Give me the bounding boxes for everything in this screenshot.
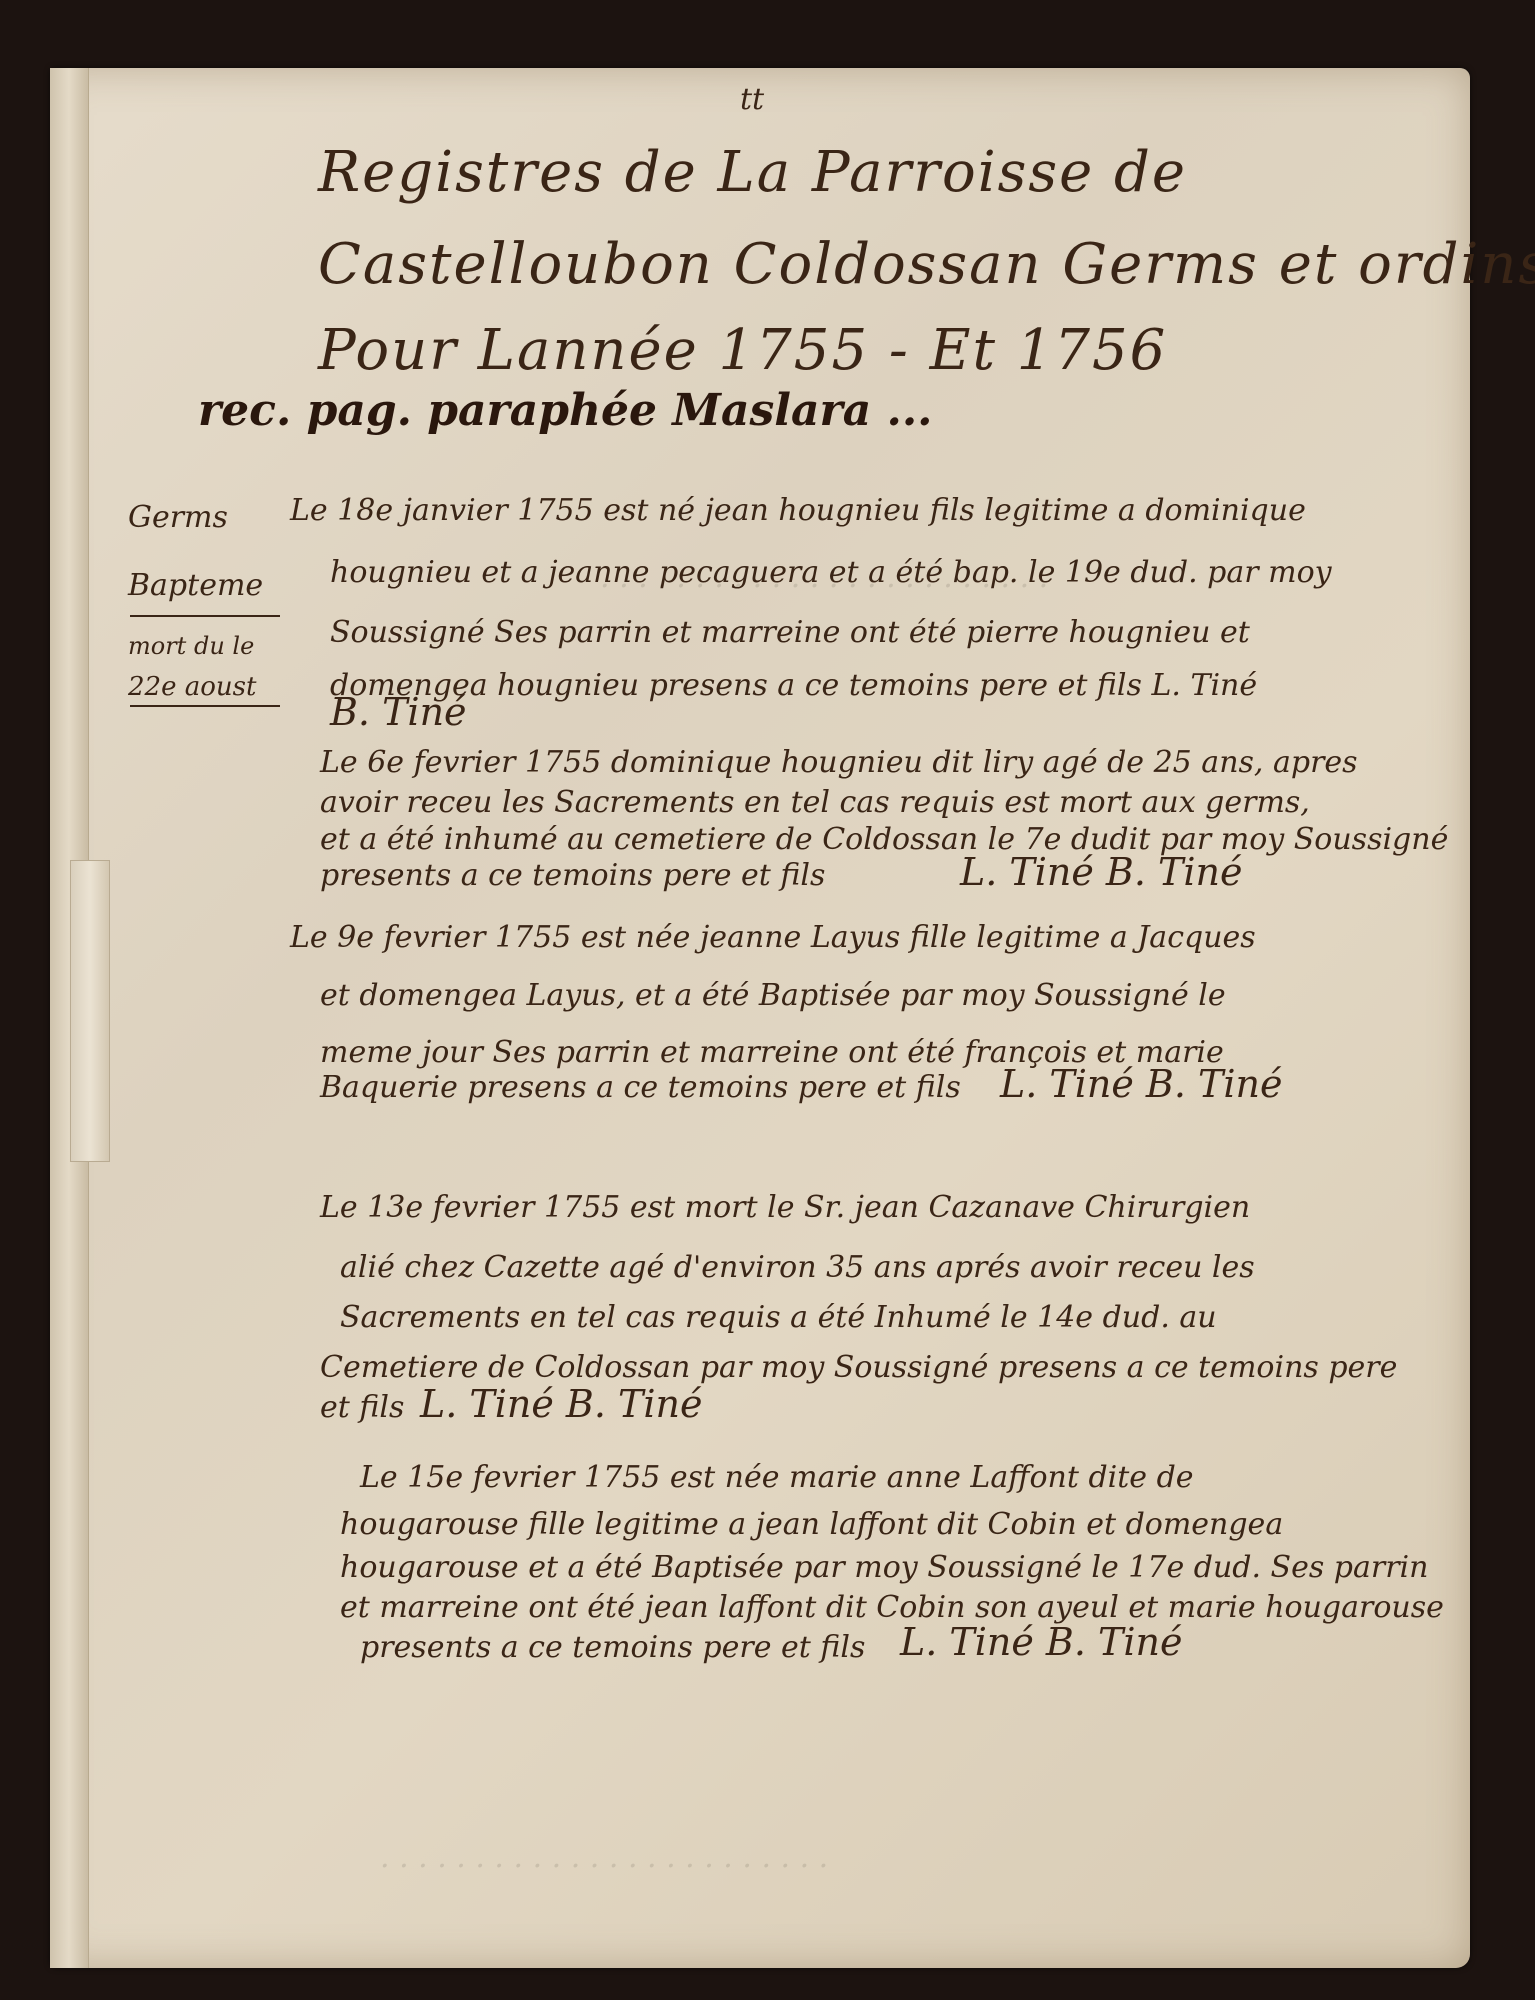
margin-note-parish: Germs xyxy=(128,500,228,535)
bleed-through-text: . . . . . . . . . . . . . . . . . . . . … xyxy=(380,1840,828,1875)
entry-1-line: Soussigné Ses parrin et marreine ont été… xyxy=(330,615,1250,650)
entry-5-line: et marreine ont été jean laffont dit Cob… xyxy=(340,1590,1444,1625)
entry-2-signature: L. Tiné B. Tiné xyxy=(960,850,1242,894)
paraph-note: rec. pag. paraphée Maslara ... xyxy=(198,385,933,436)
entry-2-line: et a été inhumé au cemetiere de Coldossa… xyxy=(320,822,1448,857)
margin-note-death: mort du le xyxy=(128,632,254,660)
entry-5-line: Le 15e fevrier 1755 est née marie anne L… xyxy=(360,1460,1194,1495)
entry-1-signature: B. Tiné xyxy=(330,690,467,734)
entry-4-line: et fils xyxy=(320,1390,404,1425)
entry-3-line: et domengea Layus, et a été Baptisée par… xyxy=(320,978,1226,1013)
margin-note-death-date: 22e aoust xyxy=(128,672,256,702)
entry-2-line: presents a ce temoins pere et fils xyxy=(320,858,825,893)
entry-3-signature: L. Tiné B. Tiné xyxy=(1000,1062,1282,1106)
entry-4-line: Cemetiere de Coldossan par moy Soussigné… xyxy=(320,1350,1397,1385)
entry-1-line: hougnieu et a jeanne pecaguera et a été … xyxy=(330,555,1332,590)
entry-5-line: hougarouse et a été Baptisée par moy Sou… xyxy=(340,1550,1428,1585)
entry-4-line: Sacrements en tel cas requis a été Inhum… xyxy=(340,1300,1217,1335)
entry-1-line: Le 18e janvier 1755 est né jean hougnieu… xyxy=(290,493,1306,528)
folio-mark: tt xyxy=(740,82,764,117)
entry-3-line: Baquerie presens a ce temoins pere et fi… xyxy=(320,1070,961,1105)
entry-2-line: Le 6e fevrier 1755 dominique hougnieu di… xyxy=(320,745,1358,780)
entry-4-line: alié chez Cazette agé d'environ 35 ans a… xyxy=(340,1250,1255,1285)
margin-rule xyxy=(130,615,280,617)
margin-rule xyxy=(130,705,280,707)
entry-4-line: Le 13e fevrier 1755 est mort le Sr. jean… xyxy=(320,1190,1250,1225)
title-line-2: Castelloubon Coldossan Germs et ordins xyxy=(318,232,1535,297)
title-line-3: Pour Lannée 1755 - Et 1756 xyxy=(318,318,1167,383)
entry-2-line: avoir receu les Sacrements en tel cas re… xyxy=(320,785,1310,820)
title-line-1: Registres de La Parroisse de xyxy=(318,140,1187,205)
entry-3-line: Le 9e fevrier 1755 est née jeanne Layus … xyxy=(290,920,1256,955)
margin-note-type: Bapteme xyxy=(128,568,263,603)
binding-repair-strip xyxy=(70,860,110,1162)
entry-5-line: hougarouse fille legitime a jean laffont… xyxy=(340,1507,1283,1542)
entry-5-line: presents a ce temoins pere et fils xyxy=(360,1630,865,1665)
entry-5-signature: L. Tiné B. Tiné xyxy=(900,1620,1182,1664)
entry-1-line: domengea hougnieu presens a ce temoins p… xyxy=(330,668,1257,703)
entry-4-signature: L. Tiné B. Tiné xyxy=(420,1382,702,1426)
